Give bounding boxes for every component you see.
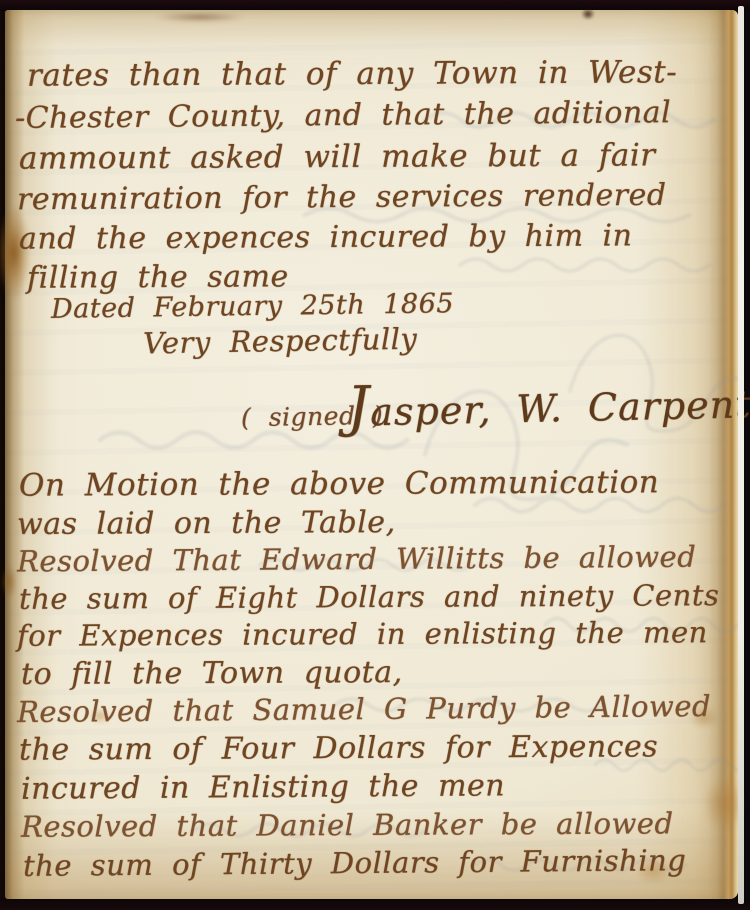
manuscript-line: Resolved that Samuel G Purdy be Allowed <box>17 689 711 729</box>
manuscript-line: the sum of Eight Dollars and ninety Cent… <box>19 578 720 616</box>
signature: Jasper, W. Carpenter <box>346 365 750 438</box>
manuscript-line: incured in Enlisting the men <box>21 768 505 806</box>
manuscript-line: rates than that of any Town in West- <box>27 54 677 93</box>
manuscript-line: and the expences incured by him in <box>19 218 633 256</box>
manuscript-page: rates than that of any Town in West- -Ch… <box>5 10 738 899</box>
manuscript-line: the sum of Four Dollars for Expences <box>19 729 658 767</box>
manuscript-line: ammount asked will make but a fair <box>19 137 656 176</box>
stain <box>155 12 245 22</box>
date-line: Dated February 25th 1865 <box>51 288 454 325</box>
manuscript-line: On Motion the above Communication <box>19 464 659 503</box>
manuscript-line: -Chester County, and that the aditional <box>15 95 671 136</box>
manuscript-line: remuniration for the services rendered <box>17 178 667 218</box>
stain <box>581 8 595 20</box>
backdrop-bottom-band <box>0 899 750 910</box>
manuscript-line: the sum of Thirty Dollars for Furnishing <box>23 843 687 883</box>
page-edge <box>708 10 738 899</box>
manuscript-line: Resolved that Daniel Banker be allowed <box>21 806 674 843</box>
photo-backdrop: rates than that of any Town in West- -Ch… <box>0 0 750 910</box>
manuscript-line: for Expences incured in enlisting the me… <box>17 615 708 653</box>
manuscript-line: to fill the Town quota, <box>21 655 403 692</box>
manuscript-line: was laid on the Table, <box>17 505 396 542</box>
manuscript-line: Resolved That Edward Willitts be allowed <box>17 540 696 579</box>
page-edge-highlight <box>738 6 744 904</box>
valediction: Very Respectfully <box>143 322 418 361</box>
